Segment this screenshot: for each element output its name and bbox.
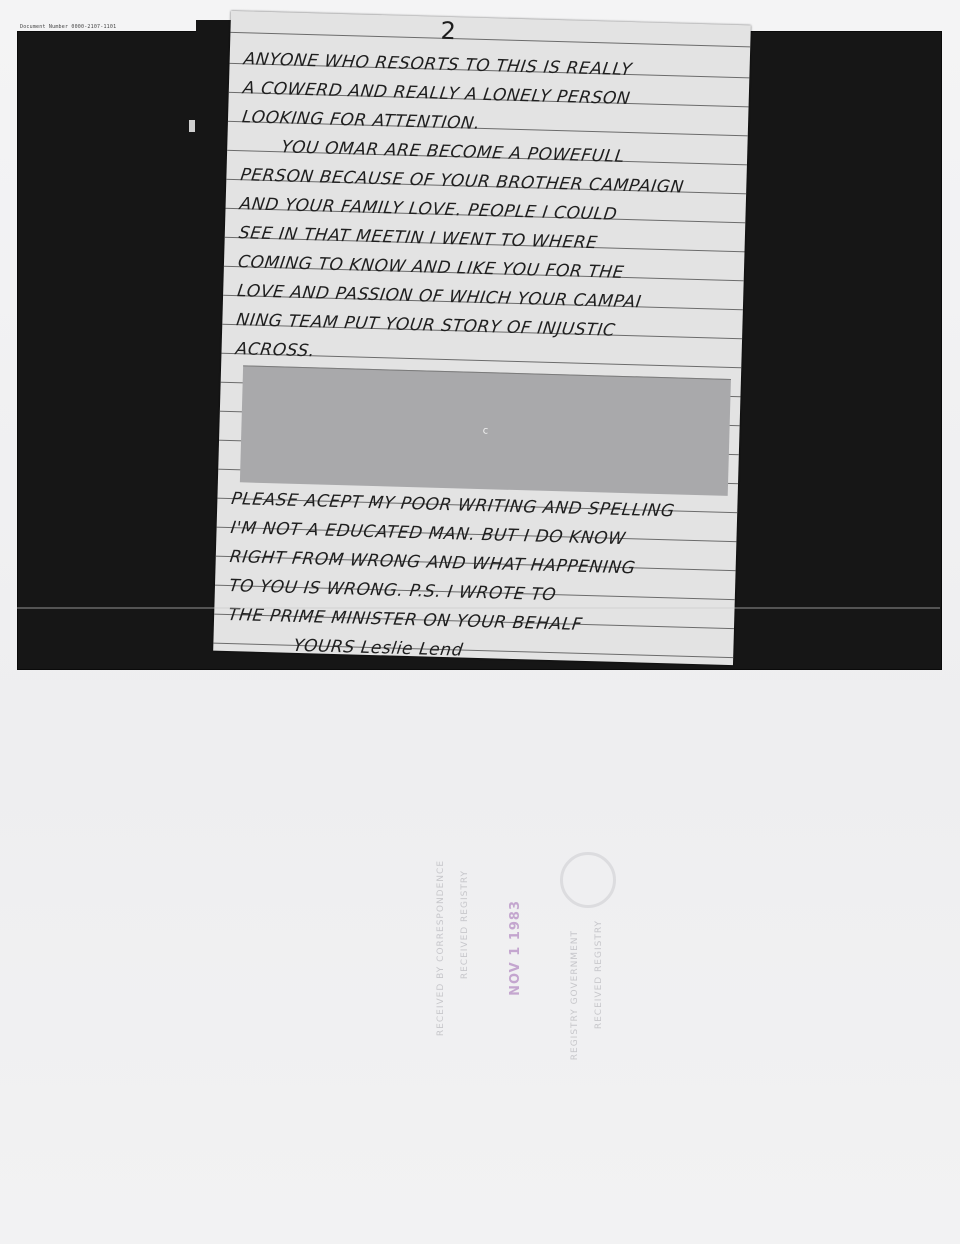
letter-page-number: 2	[440, 17, 456, 45]
redaction-block: c	[240, 365, 731, 496]
stamp-text: RECEIVED REGISTRY	[460, 870, 470, 979]
document-number-header: Document Number 0000-2107-1101	[20, 24, 116, 30]
letter-body: ANYONE WHO RESORTS TO THIS IS REALLY A C…	[235, 45, 740, 378]
fold-crease	[17, 607, 940, 609]
stamp-text: RECEIVED REGISTRY	[594, 920, 604, 1029]
stamp-date: NOV 1 1983	[508, 900, 523, 996]
scan-speck	[189, 120, 195, 132]
stamp-text: REGISTRY GOVERNMENT	[570, 930, 580, 1060]
redaction-mark: c	[482, 426, 488, 437]
received-stamp: RECEIVED BY CORRESPONDENCE RECEIVED REGI…	[420, 840, 660, 1080]
seal-icon	[560, 852, 616, 908]
stamp-text: RECEIVED BY CORRESPONDENCE	[436, 860, 446, 1036]
letter-closing: PLEASE ACEPT MY POOR WRITING AND SPELLIN…	[227, 485, 728, 673]
handwritten-letter-page: 2 ANYONE WHO RESORTS TO THIS IS REALLY A…	[213, 11, 751, 665]
